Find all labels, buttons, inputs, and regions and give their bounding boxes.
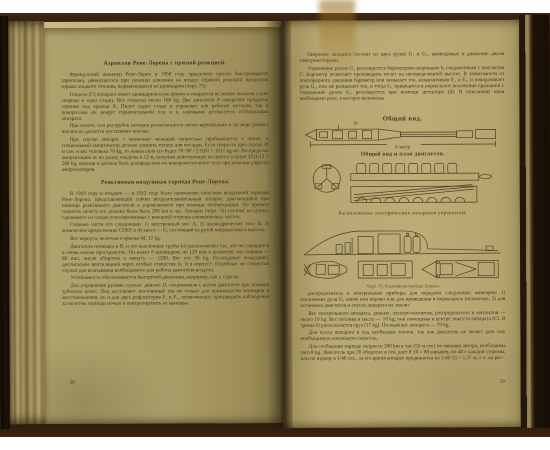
body-paragraph: Оперение аппарата состоит из двух рулей … — [299, 51, 504, 64]
body-paragraph: Для управления рулями служат: динамо D, … — [62, 282, 269, 307]
body-paragraph: Вес корпуса, включая и крылья M, 12 kg. — [62, 235, 269, 242]
body-paragraph: Для сообщения торпеде скорости 200 km в … — [301, 343, 506, 362]
torpedo-side-view-drawing: М — [292, 123, 514, 150]
engine-drawing-svg — [311, 158, 495, 209]
left-page: Аэроплан Рене-Лорена с прямой реакцией. … — [44, 27, 283, 424]
figure-label-electrics: Расположение электрических аппаратов упр… — [292, 210, 514, 217]
section-heading-airplane: Аэроплан Рене-Лорена с прямой реакцией. — [61, 60, 268, 67]
page-edge-stack — [8, 21, 46, 424]
page-number-left: 58 — [70, 380, 75, 386]
electrics-drawing — [292, 217, 514, 282]
body-paragraph: распределитель и контрольные приборы для… — [300, 290, 505, 309]
page-number-right: 59 — [499, 379, 504, 385]
figure-76: Общий вид. М — [292, 115, 515, 289]
body-paragraph: Гондола (C) аппарата имеет цилиндрическу… — [61, 91, 268, 122]
electrics-drawing-svg — [300, 217, 506, 282]
right-page-text-bottom: распределитель и контрольные приборы для… — [300, 290, 505, 363]
left-page-text: Аэроплан Рене-Лорена с прямой реакцией. … — [61, 60, 269, 308]
body-paragraph: Двигатель помещен в B, и его выхлопные т… — [62, 243, 269, 274]
body-paragraph: Французский инженер Рене-Лорен в 1908 го… — [61, 71, 268, 90]
body-paragraph: Устойчивость обеспечивается быстротой дв… — [62, 274, 269, 281]
right-page: Оперение аппарата состоит из двух рулей … — [281, 20, 521, 428]
body-paragraph: Для пуска аппарата в ход необходим толчо… — [300, 329, 505, 342]
right-cover-edge — [519, 15, 550, 428]
figure-label-general-view: Общий вид. — [292, 115, 514, 123]
body-paragraph: Вес контрольного аппарата, динамо, элект… — [300, 310, 505, 329]
section-heading-torpedo: Реактивная воздушная торпеда Рене-Лорена… — [62, 179, 269, 186]
dimension-label: 6 метр — [392, 144, 413, 150]
body-paragraph: В 1910 году и позднее — в 1912 году было… — [62, 190, 269, 221]
figure-label-engine: Общий вид и план двигателя. — [292, 151, 514, 158]
body-paragraph: Управление рулем G₁ регулируется баромет… — [299, 65, 504, 102]
engine-drawing — [292, 158, 514, 209]
open-book: Аэроплан Рене-Лорена с прямой реакцией. … — [0, 0, 550, 450]
right-page-text-top: Оперение аппарата состоит из двух рулей … — [299, 51, 504, 103]
book-photo: Аэроплан Рене-Лорена с прямой реакцией. … — [0, 0, 550, 450]
body-paragraph: Главные части его следующие: 1) заострен… — [62, 221, 269, 234]
body-paragraph: При взлете, оси раструбов моторов распол… — [62, 122, 269, 135]
torpedo-mark-label: М — [354, 121, 358, 126]
body-paragraph: При спуске аппарат с возможно меньшей ск… — [62, 136, 269, 173]
figure-caption: Черт. 76. Реактивная торпеда Лорена. — [292, 283, 514, 289]
